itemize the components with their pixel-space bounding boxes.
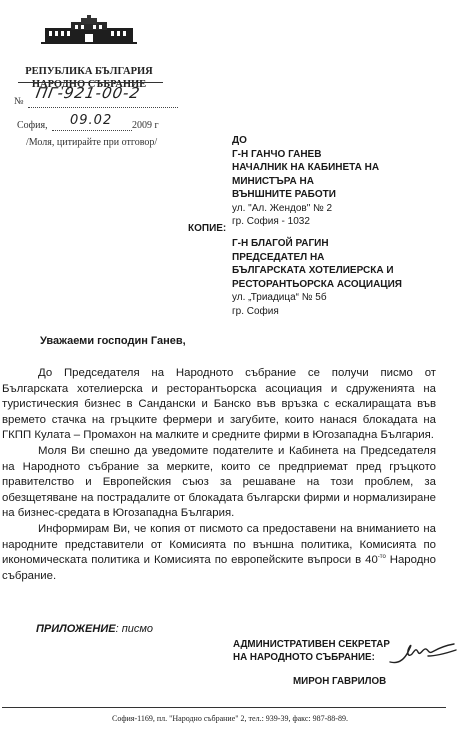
recipient-position-line3: ВЪНШНИТЕ РАБОТИ [232, 188, 460, 202]
recipient-position-line2: МИНИСТЪРА НА [232, 175, 460, 189]
copy-recipient-address-line2: гр. София [232, 305, 460, 319]
registration-number-value: ПГ-921-00-2 [34, 84, 141, 102]
copy-recipient-address-line1: ул. „Триадица“ № 5б [232, 291, 460, 305]
recipient-address-line2: гр. София - 1032 [232, 215, 460, 229]
ordinal-suffix: -то [378, 554, 386, 560]
copy-recipient-name: Г-Н БЛАГОЙ РАГИН [232, 237, 460, 251]
date-dotted-line [52, 130, 132, 131]
body-paragraph-1: До Председателя на Народното събрание се… [2, 366, 436, 444]
registration-number-label: № [14, 96, 24, 107]
letter-body: До Председателя на Народното събрание се… [2, 366, 436, 584]
date-value: 09.02 [70, 113, 112, 128]
copies-block: Г-Н БЛАГОЙ РАГИН ПРЕДСЕДАТЕЛ НА БЪЛГАРСК… [232, 237, 460, 318]
attachment-label: ПРИЛОЖЕНИЕ [36, 623, 116, 635]
recipient-position-line1: НАЧАЛНИК НА КАБИНЕТА НА [232, 161, 460, 175]
letterhead: РЕПУБЛИКА БЪЛГАРИЯ НАРОДНО СЪБРАНИЕ [14, 10, 164, 91]
org-name-line1: РЕПУБЛИКА БЪЛГАРИЯ [14, 65, 164, 78]
attachment-line: ПРИЛОЖЕНИЕ: писмо [36, 623, 153, 635]
copy-recipient-position-line3: РЕСТОРАНТЬОРСКА АСОЦИАЦИЯ [232, 278, 460, 292]
to-label: ДО [232, 134, 460, 148]
date-label: София, [17, 120, 48, 131]
copies-label: КОПИЕ: [188, 223, 226, 234]
body-paragraph-2: Моля Ви спешно да уведомите подателите и… [2, 444, 436, 522]
letterhead-divider [18, 82, 163, 83]
signature-title-line2: НА НАРОДНОТО СЪБРАНИЕ: [233, 651, 390, 664]
recipient-name: Г-Н ГАНЧО ГАНЕВ [232, 148, 460, 162]
footer-address: София-1169, пл. "Народно събрание" 2, те… [0, 714, 460, 723]
attachment-value: : писмо [116, 623, 153, 635]
copy-recipient-position-line2: БЪЛГАРСКАТА ХОТЕЛИЕРСКА И [232, 264, 460, 278]
body-paragraph-3-text: Информирам Ви, че копия от писмото са пр… [2, 523, 436, 566]
handwritten-signature-icon [388, 640, 458, 666]
parliament-building-icon [41, 14, 137, 46]
body-paragraph-3: Информирам Ви, че копия от писмото са пр… [2, 522, 436, 584]
copy-recipient-position-line1: ПРЕДСЕДАТЕЛ НА [232, 251, 460, 265]
signer-name: МИРОН ГАВРИЛОВ [293, 676, 386, 687]
recipient-block: ДО Г-Н ГАНЧО ГАНЕВ НАЧАЛНИК НА КАБИНЕТА … [232, 134, 460, 229]
salutation: Уважаеми господин Ганев, [40, 335, 186, 347]
signature-title-line1: АДМИНИСТРАТИВЕН СЕКРЕТАР [233, 638, 390, 651]
date-year: 2009 г [132, 120, 159, 131]
registration-number-dotted-line [28, 107, 178, 108]
quote-note: /Моля, цитирайте при отговор/ [26, 137, 157, 148]
footer-divider [2, 707, 446, 708]
signature-title: АДМИНИСТРАТИВЕН СЕКРЕТАР НА НАРОДНОТО СЪ… [233, 638, 390, 664]
recipient-address-line1: ул. "Ал. Жендов" № 2 [232, 202, 460, 216]
